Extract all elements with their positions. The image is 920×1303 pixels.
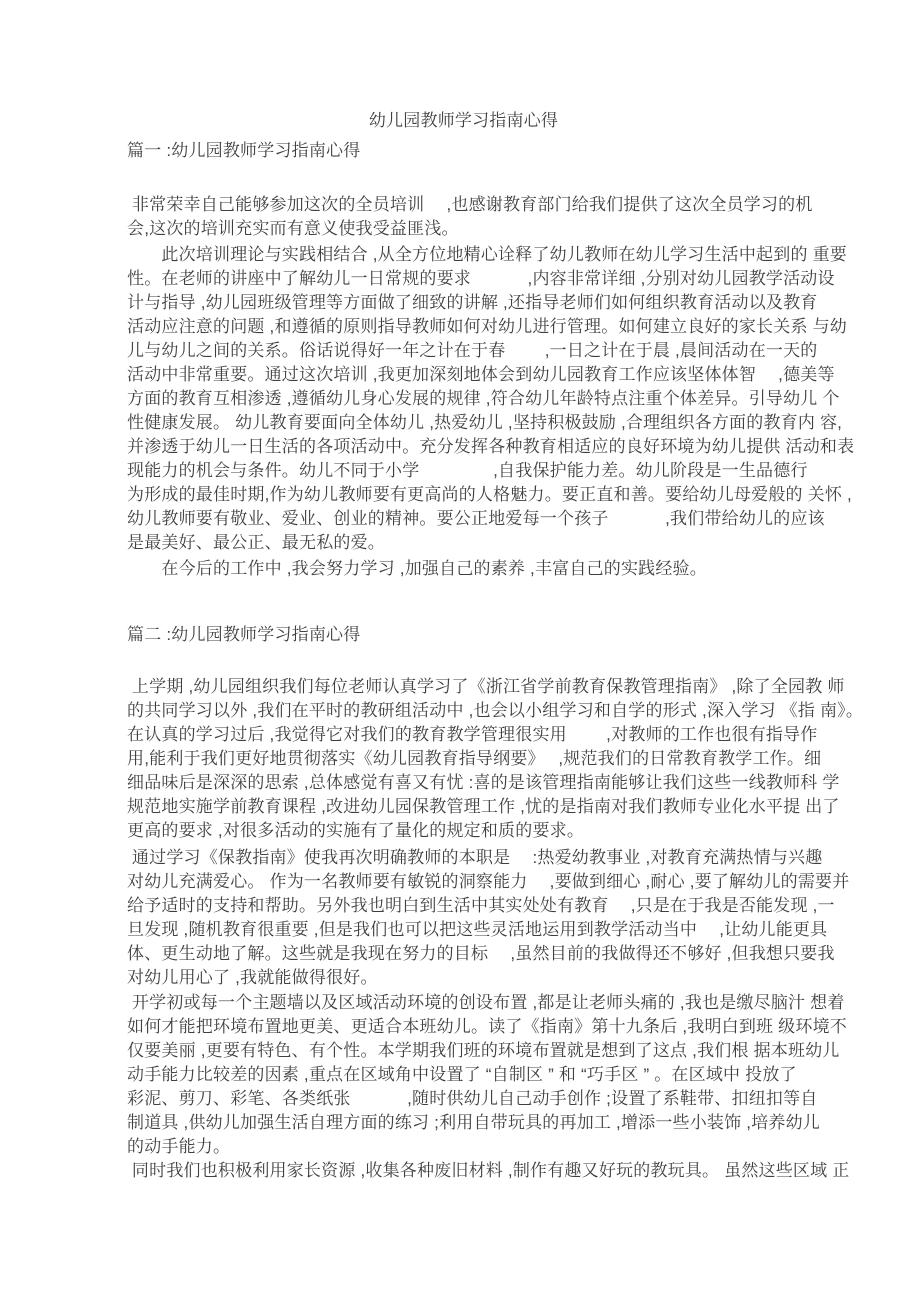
- text-line: 篇二 :幼儿园教师学习指南心得: [127, 623, 800, 647]
- paragraph-4: 上学期 ,幼儿园组织我们每位老师认真学习了《浙江省学前教育保教管理指南》 ,除了…: [127, 675, 800, 843]
- text-line: 儿与幼儿之间的关系。俗话说得好一年之计在于春 ,一日之计在于晨 ,晨间活动在一天…: [127, 339, 800, 363]
- paragraph-6: 开学初或每一个主题墙以及区域活动环境的创设布置 ,都是让老师头痛的 ,我也是缴尽…: [127, 991, 800, 1159]
- text-line: 的动手能力。: [127, 1135, 800, 1159]
- text-line: 非常荣幸自己能够参加这次的全员培训 ,也感谢教育部门给我们提供了这次全员学习的机: [127, 193, 800, 217]
- text-line: 方面的教育互相渗透 ,遵循幼儿身心发展的规律 ,符合幼儿年龄特点注重个体差异。引…: [127, 387, 800, 411]
- text-line: 动手能力比较差的因素 ,重点在区域角中设置了 “自制区 ” 和 “巧手区 ” 。…: [127, 1063, 800, 1087]
- document-title: 幼儿园教师学习指南心得: [127, 109, 800, 133]
- paragraph-3: 在今后的工作中 ,我会努力学习 ,加强自己的素养 ,丰富自己的实践经验。: [127, 557, 800, 581]
- section-2-heading: 篇二 :幼儿园教师学习指南心得: [127, 623, 800, 647]
- text-line: 篇一 :幼儿园教师学习指南心得: [127, 139, 800, 163]
- text-line: 在认真的学习过后 ,我觉得它对我们的教育教学管理很实用 ,对教师的工作也很有指导…: [127, 723, 800, 747]
- text-line: 制道具 ,供幼儿加强生活自理方面的练习 ;利用自带玩具的再加工 ,增添一些小装饰…: [127, 1111, 800, 1135]
- text-line: 上学期 ,幼儿园组织我们每位老师认真学习了《浙江省学前教育保教管理指南》 ,除了…: [127, 675, 800, 699]
- text-line: 用,能利于我们更好地贯彻落实《幼儿园教育指导纲要》 ,规范我们的日常教育教学工作…: [127, 747, 800, 771]
- document-content: 幼儿园教师学习指南心得篇一 :幼儿园教师学习指南心得 非常荣幸自己能够参加这次的…: [127, 109, 800, 1183]
- paragraph-2: 此次培训理论与实践相结合 ,从全方位地精心诠释了幼儿教师在幼儿学习生活中起到的 …: [127, 243, 800, 555]
- text-line: 如何才能把环境布置地更美、更适合本班幼儿。读了《指南》第十九条后 ,我明白到班 …: [127, 1015, 800, 1039]
- text-line: 为形成的最佳时期,作为幼儿教师要有更高尚的人格魅力。要正直和善。要给幼儿母爱般的…: [127, 483, 800, 507]
- text-line: 在今后的工作中 ,我会努力学习 ,加强自己的素养 ,丰富自己的实践经验。: [127, 557, 800, 581]
- text-line: 规范地实施学前教育课程 ,改进幼儿园保教管理工作 ,忧的是指南对我们教师专业化水…: [127, 795, 800, 819]
- text-line: 通过学习《保教指南》使我再次明确教师的本职是 :热爱幼教事业 ,对教育充满热情与…: [127, 846, 800, 870]
- text-line: 仅要美丽 ,更要有特色、有个性。本学期我们班的环境布置就是想到了这点 ,我们根 …: [127, 1039, 800, 1063]
- text-line: 活动应注意的问题 ,和遵循的原则指导教师如何对幼儿进行管理。如何建立良好的家长关…: [127, 315, 800, 339]
- text-line: 性。在老师的讲座中了解幼儿一日常规的要求 ,内容非常详细 ,分别对幼儿园教学活动…: [127, 267, 800, 291]
- text-line: 对幼儿用心了 ,我就能做得很好。: [127, 966, 800, 990]
- section-1-heading: 篇一 :幼儿园教师学习指南心得: [127, 139, 800, 163]
- text-line: 并渗透于幼儿一日生活的各项活动中。充分发挥各种教育相适应的良好环境为幼儿提供 活…: [127, 435, 800, 459]
- text-line: 活动中非常重要。通过这次培训 ,我更加深刻地体会到幼儿园教育工作应该坚体体智 ,…: [127, 363, 800, 387]
- text-line: 现能力的机会与条件。幼儿不同于小学 ,自我保护能力差。幼儿阶段是一生品德行: [127, 459, 800, 483]
- text-line: 开学初或每一个主题墙以及区域活动环境的创设布置 ,都是让老师头痛的 ,我也是缴尽…: [127, 991, 800, 1015]
- text-line: 幼儿园教师学习指南心得: [127, 109, 800, 133]
- text-line: 更高的要求 ,对很多活动的实施有了量化的规定和质的要求。: [127, 819, 800, 843]
- text-line: 是最美好、最公正、最无私的爱。: [127, 531, 800, 555]
- text-line: 体、更生动地了解。这些就是我现在努力的目标 ,虽然目前的我做得还不够好 ,但我想…: [127, 942, 800, 966]
- paragraph-1: 非常荣幸自己能够参加这次的全员培训 ,也感谢教育部门给我们提供了这次全员学习的机…: [127, 193, 800, 241]
- text-line: 此次培训理论与实践相结合 ,从全方位地精心诠释了幼儿教师在幼儿学习生活中起到的 …: [127, 243, 800, 267]
- text-line: 同时我们也积极利用家长资源 ,收集各种废旧材料 ,制作有趣又好玩的教玩具。 虽然…: [127, 1159, 800, 1183]
- text-line: 旦发现 ,随机教育很重要 ,但是我们也可以把这些灵活地运用到教学活动当中 ,让幼…: [127, 918, 800, 942]
- document-page: 幼儿园教师学习指南心得篇一 :幼儿园教师学习指南心得 非常荣幸自己能够参加这次的…: [0, 0, 920, 1303]
- text-line: 性健康发展。 幼儿教育要面向全体幼儿 ,热爱幼儿 ,坚持积极鼓励 ,合理组织各方…: [127, 411, 800, 435]
- text-line: 对幼儿充满爱心。 作为一名教师要有敏锐的洞察能力 ,要做到细心 ,耐心 ,要了解…: [127, 870, 800, 894]
- text-line: 计与指导 ,幼儿园班级管理等方面做了细致的讲解 ,还指导老师们如何组织教育活动以…: [127, 291, 800, 315]
- text-line: 给予适时的支持和帮助。另外我也明白到生活中其实处处有教育 ,只是在于我是否能发现…: [127, 894, 800, 918]
- text-line: 幼儿教师要有敬业、爱业、创业的精神。要公正地爱每一个孩子 ,我们带给幼儿的应该: [127, 507, 800, 531]
- text-line: 细品味后是深深的思索 ,总体感觉有喜又有忧 :喜的是该管理指南能够让我们这些一线…: [127, 771, 800, 795]
- paragraph-7: 同时我们也积极利用家长资源 ,收集各种废旧材料 ,制作有趣又好玩的教玩具。 虽然…: [127, 1159, 800, 1183]
- text-line: 的共同学习以外 ,我们在平时的教研组活动中 ,也会以小组学习和自学的形式 ,深入…: [127, 699, 800, 723]
- text-line: 会,这次的培训充实而有意义使我受益匪浅。: [127, 217, 800, 241]
- text-line: 彩泥、剪刀、彩笔、各类纸张 ,随时供幼儿自己动手创作 ;设置了系鞋带、扣纽扣等自: [127, 1087, 800, 1111]
- paragraph-5: 通过学习《保教指南》使我再次明确教师的本职是 :热爱幼教事业 ,对教育充满热情与…: [127, 846, 800, 990]
